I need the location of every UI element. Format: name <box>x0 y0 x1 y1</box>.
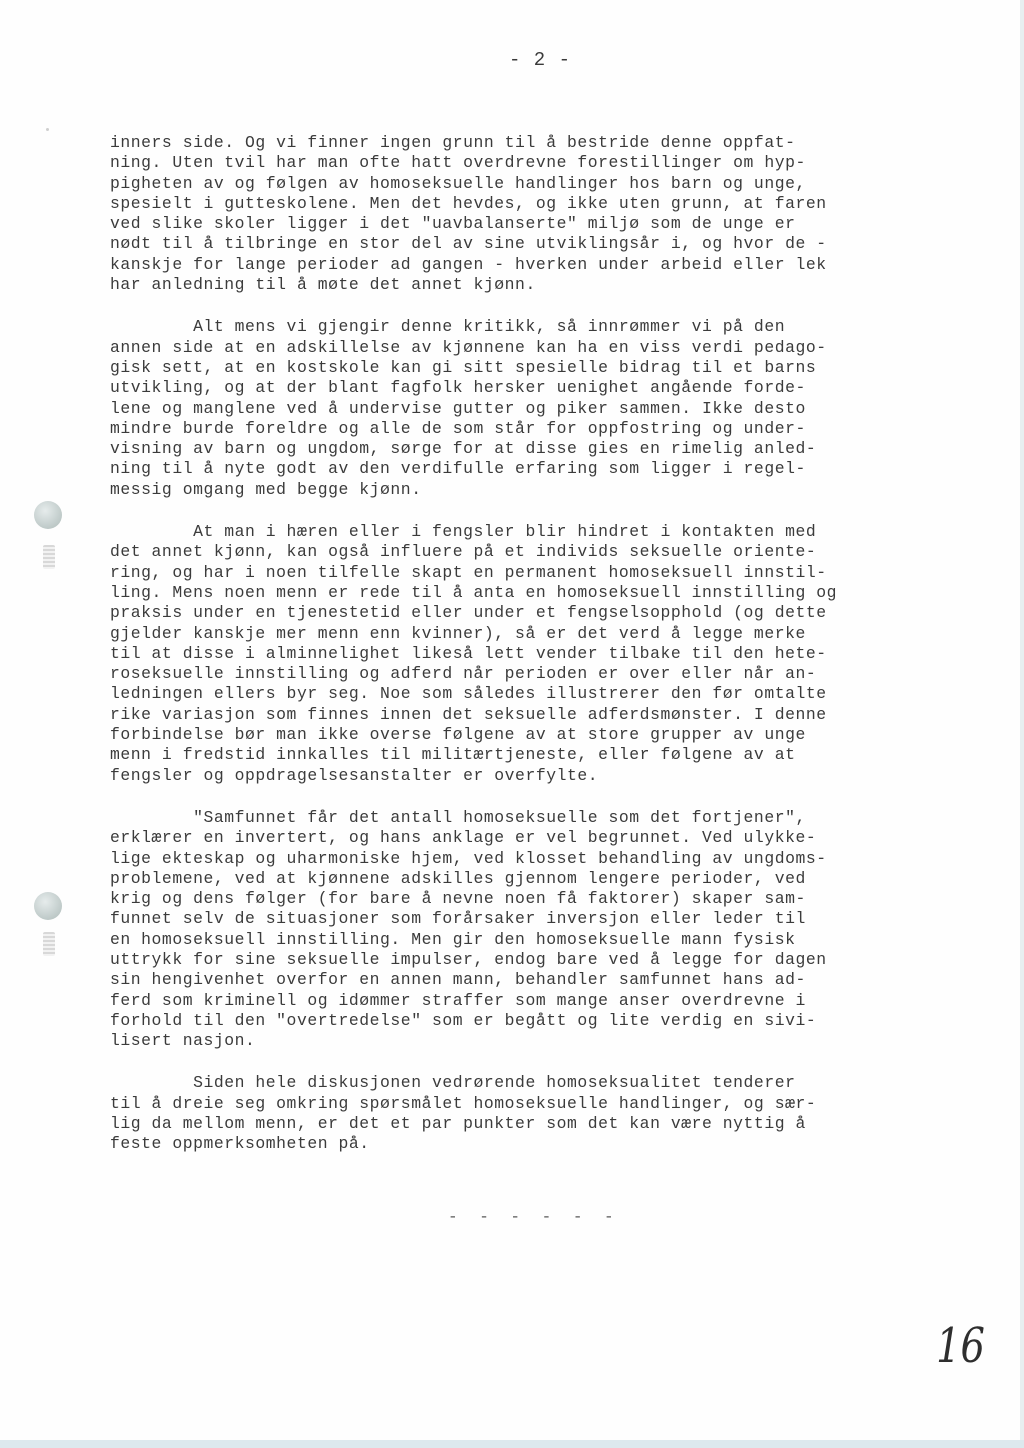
text-line: lisert nasjon. <box>110 1031 990 1051</box>
text-line: praksis under en tjenestetid eller under… <box>110 603 990 623</box>
text-line: gisk sett, at en kostskole kan gi sitt s… <box>110 358 990 378</box>
text-line: Alt mens vi gjengir denne kritikk, så in… <box>110 317 990 337</box>
scan-bottom-edge <box>0 1440 1024 1448</box>
text-line: fengsler og oppdragelsesanstalter er ove… <box>110 766 990 786</box>
text-line: problemene, ved at kjønnene adskilles gj… <box>110 869 990 889</box>
text-line: ning til å nyte godt av den verdifulle e… <box>110 459 990 479</box>
text-line: messig omgang med begge kjønn. <box>110 480 990 500</box>
text-line: forbindelse bør man ikke overse følgene … <box>110 725 990 745</box>
text-line: At man i hæren eller i fengsler blir hin… <box>110 522 990 542</box>
scan-speck <box>46 128 49 131</box>
text-line: visning av barn og ungdom, sørge for at … <box>110 439 990 459</box>
text-line: erklærer en invertert, og hans anklage e… <box>110 828 990 848</box>
punch-hole-icon <box>34 892 62 920</box>
text-line: ning. Uten tvil har man ofte hatt overdr… <box>110 153 990 173</box>
text-line: lige ekteskap og uharmoniske hjem, ved k… <box>110 849 990 869</box>
paragraph-4: "Samfunnet får det antall homoseksuelle … <box>110 808 990 1052</box>
text-line: pigheten av og følgen av homoseksuelle h… <box>110 174 990 194</box>
text-line: inners side. Og vi finner ingen grunn ti… <box>110 133 990 153</box>
text-line: "Samfunnet får det antall homoseksuelle … <box>110 808 990 828</box>
text-line: rike variasjon som finnes innen det seks… <box>110 705 990 725</box>
scan-right-edge <box>1020 0 1024 1448</box>
text-line: annen side at en adskillelse av kjønnene… <box>110 338 990 358</box>
text-line: sin hengivenhet overfor en annen mann, b… <box>110 970 990 990</box>
text-line: til at disse i alminnelighet likeså lett… <box>110 644 990 664</box>
text-line: utvikling, og at der blant fagfolk hersk… <box>110 378 990 398</box>
scanned-document-page: - 2 - inners side. Og vi finner ingen gr… <box>0 0 1020 1440</box>
paragraph-1: inners side. Og vi finner ingen grunn ti… <box>110 133 990 295</box>
text-line: gjelder kanskje mer menn enn kvinner), s… <box>110 624 990 644</box>
text-line: funnet selv de situasjoner som forårsake… <box>110 909 990 929</box>
text-line: har anledning til å møte det annet kjønn… <box>110 275 990 295</box>
document-body: inners side. Og vi finner ingen grunn ti… <box>110 133 990 1155</box>
text-line: roseksuelle innstilling og adferd når pe… <box>110 664 990 684</box>
text-line: det annet kjønn, kan også influere på et… <box>110 542 990 562</box>
handwritten-page-number: 16 <box>936 1318 985 1374</box>
text-line: menn i fredstid innkalles til militærtje… <box>110 745 990 765</box>
paragraph-2: Alt mens vi gjengir denne kritikk, så in… <box>110 317 990 500</box>
text-line: nødt til å tilbringe en stor del av sine… <box>110 234 990 254</box>
text-line: feste oppmerksomheten på. <box>110 1134 990 1154</box>
end-of-section-mark: - - - - - - <box>448 1208 620 1226</box>
text-line: uttrykk for sine seksuelle impulser, end… <box>110 950 990 970</box>
text-line: krig og dens følger (for bare å nevne no… <box>110 889 990 909</box>
text-line: Siden hele diskusjonen vedrørende homose… <box>110 1073 990 1093</box>
text-line: spesielt i gutteskolene. Men det hevdes,… <box>110 194 990 214</box>
punch-hole-icon <box>34 501 62 529</box>
text-line: mindre burde foreldre og alle de som stå… <box>110 419 990 439</box>
text-line: en homoseksuell innstilling. Men gir den… <box>110 930 990 950</box>
text-line: ferd som kriminell og idømmer straffer s… <box>110 991 990 1011</box>
text-line: ved slike skoler ligger i det "uavbalans… <box>110 214 990 234</box>
text-line: ring, og har i noen tilfelle skapt en pe… <box>110 563 990 583</box>
text-line: ling. Mens noen menn er rede til å anta … <box>110 583 990 603</box>
text-line: lene og manglene ved å undervise gutter … <box>110 399 990 419</box>
typed-page-number: - 2 - <box>0 49 1024 71</box>
text-line: lig da mellom menn, er det et par punkte… <box>110 1114 990 1134</box>
text-line: ledningen ellers byr seg. Noe som sålede… <box>110 684 990 704</box>
text-line: kanskje for lange perioder ad gangen - h… <box>110 255 990 275</box>
punch-mark-icon <box>43 545 55 569</box>
punch-mark-icon <box>43 932 55 956</box>
text-line: til å dreie seg omkring spørsmålet homos… <box>110 1094 990 1114</box>
paragraph-5: Siden hele diskusjonen vedrørende homose… <box>110 1073 990 1154</box>
text-line: forhold til den "overtredelse" som er be… <box>110 1011 990 1031</box>
paragraph-3: At man i hæren eller i fengsler blir hin… <box>110 522 990 786</box>
